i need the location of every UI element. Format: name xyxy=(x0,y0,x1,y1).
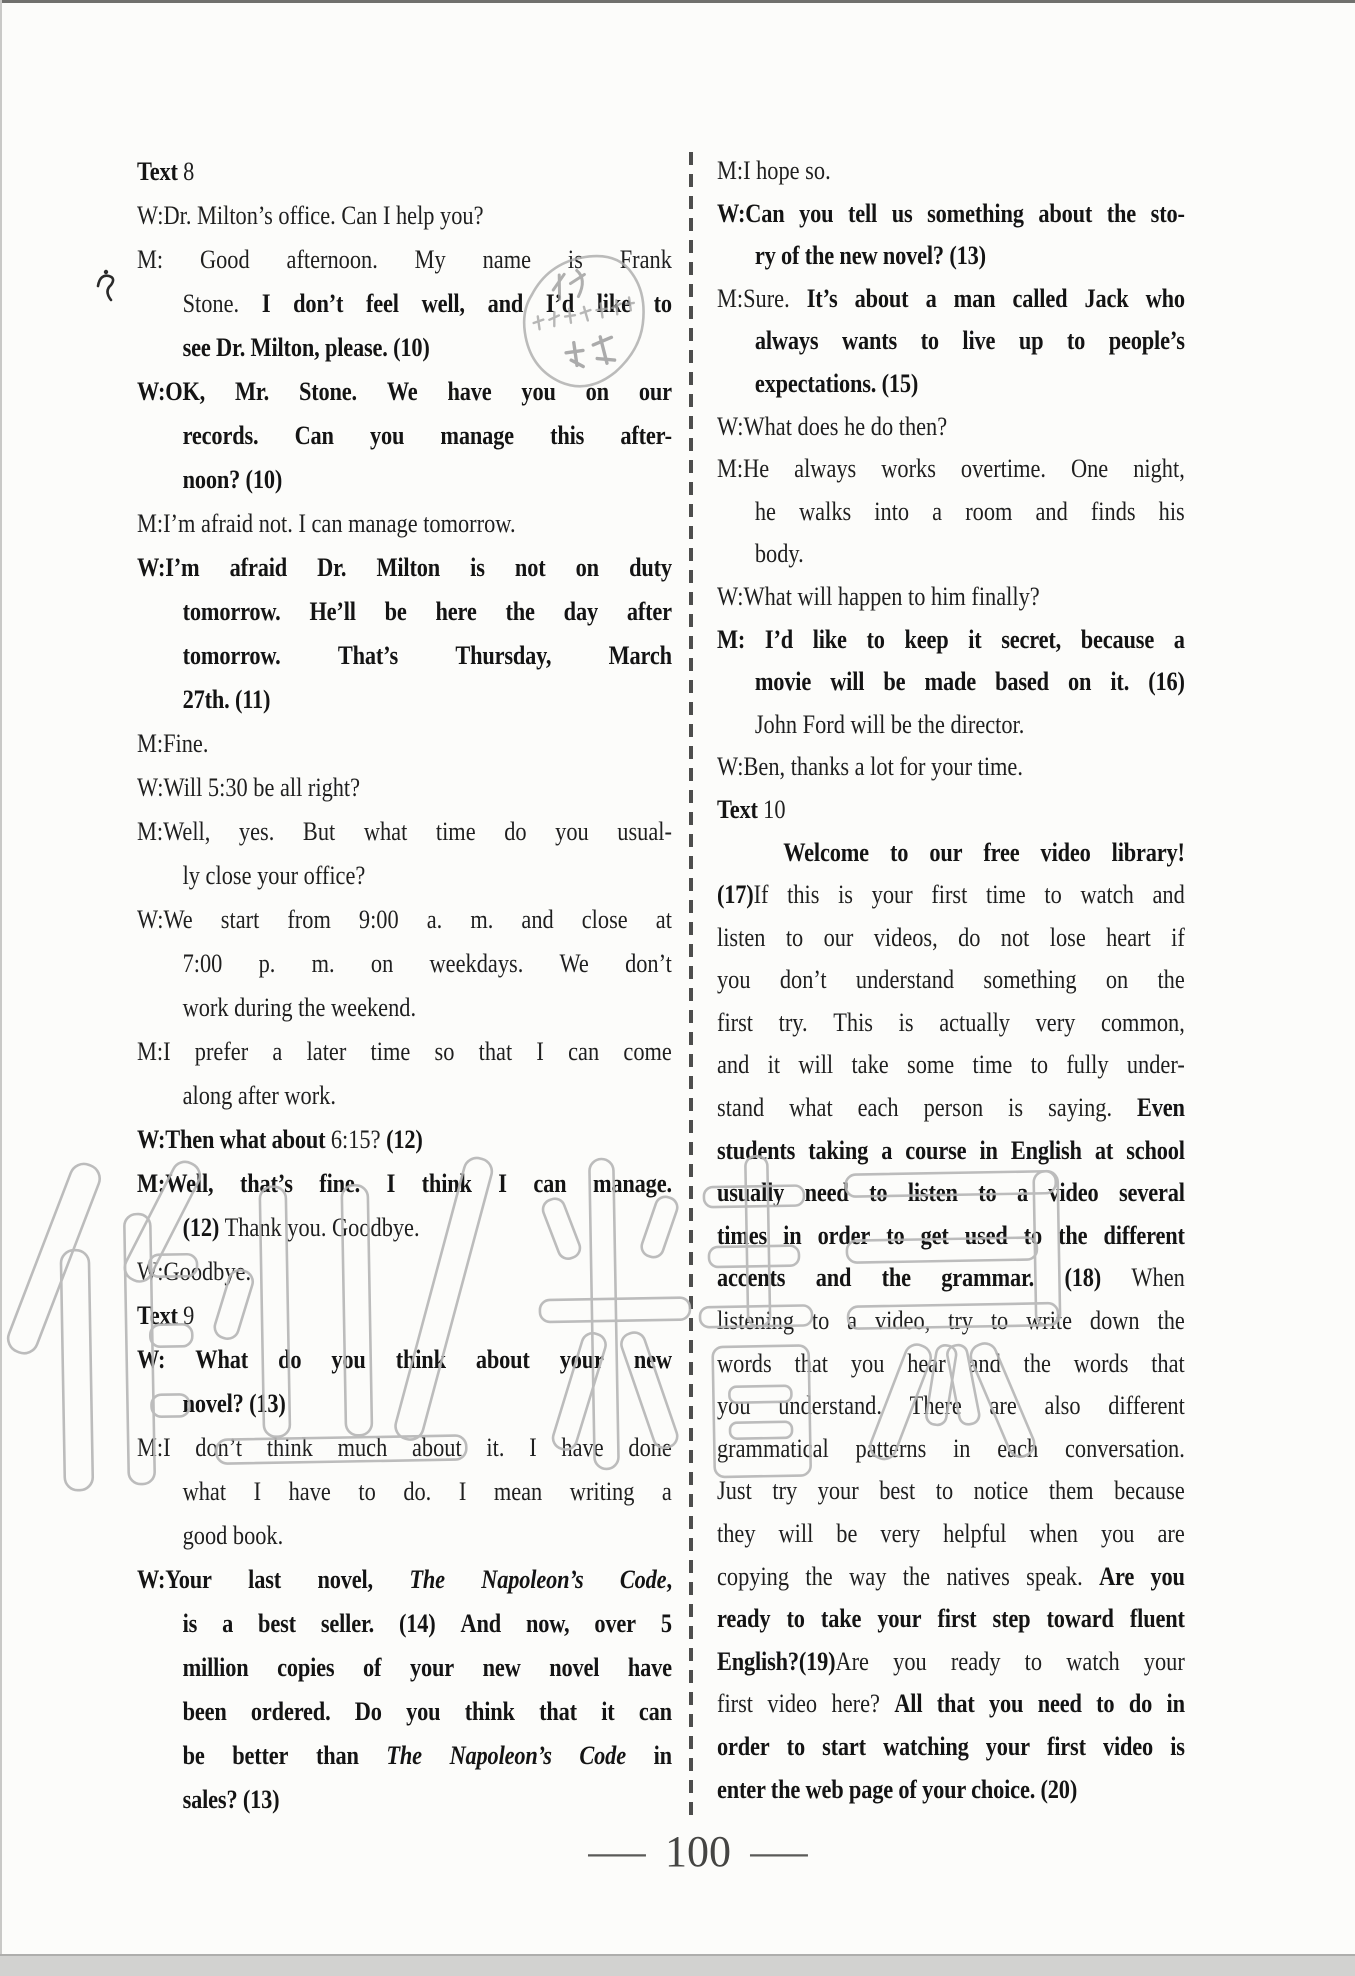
transcript-line: hewalksintoaroomandfindshis xyxy=(717,491,1185,534)
transcript-line: M:I hope so. xyxy=(717,150,1185,193)
transcript-line: (17)Ifthisisyourfirsttimetowatchand xyxy=(717,874,1185,917)
transcript-line: whatIhavetodo.Imeanwritinga xyxy=(137,1470,672,1514)
transcript-line: (12) Thank you. Goodbye. xyxy=(137,1206,672,1250)
transcript-line: listentoourvideos,donotloseheartif xyxy=(717,917,1185,960)
transcript-line: M:IpreferalatertimesothatIcancome xyxy=(137,1030,672,1074)
transcript-line: M:Fine. xyxy=(137,722,672,766)
transcript-line: M:I’m afraid not. I can manage tomorrow. xyxy=(137,502,672,546)
transcript-line: W:Ben, thanks a lot for your time. xyxy=(717,746,1185,789)
page-left-edge xyxy=(0,0,2,1976)
transcript-line: English?(19)Areyoureadytowatchyour xyxy=(717,1641,1185,1684)
transcript-line: John Ford will be the director. xyxy=(717,704,1185,747)
transcript-line: W:What will happen to him finally? xyxy=(717,576,1185,619)
transcript-line: bebetterthanTheNapoleon’sCodein xyxy=(137,1734,672,1778)
transcript-line: accentsandthegrammar.(18)When xyxy=(717,1257,1185,1300)
transcript-line: listeningtoavideo,trytowritedownthe xyxy=(717,1300,1185,1343)
transcript-line: along after work. xyxy=(137,1074,672,1118)
transcript-line: youunderstand.Therearealsodifferent xyxy=(717,1385,1185,1428)
transcript-line: W:OK,Mr.Stone.Wehaveyouonour xyxy=(137,370,672,414)
page-number: 100 xyxy=(665,1827,731,1876)
transcript-line: W:Whatdoyouthinkaboutyournew xyxy=(137,1338,672,1382)
transcript-line: tomorrow.That’sThursday,March xyxy=(137,634,672,678)
transcript-line: see Dr. Milton, please. (10) xyxy=(137,326,672,370)
transcript-line: M:Idon’tthinkmuchaboutit.Ihavedone xyxy=(137,1426,672,1470)
transcript-line: timesinordertogetusedtothedifferent xyxy=(717,1215,1185,1258)
transcript-line: body. xyxy=(717,533,1185,576)
transcript-line: W:Dr. Milton’s office. Can I help you? xyxy=(137,194,672,238)
transcript-line: firsttry.Thisisactuallyverycommon, xyxy=(717,1002,1185,1045)
transcript-line: ordertostartwatchingyourfirstvideois xyxy=(717,1726,1185,1769)
transcript-line: W:Canyoutellussomethingaboutthesto- xyxy=(717,193,1185,236)
transcript-line: W:Will 5:30 be all right? xyxy=(137,766,672,810)
transcript-line: anditwilltakesometimetofullyunder- xyxy=(717,1044,1185,1087)
transcript-line: moviewillbemadebasedonit.(16) xyxy=(717,661,1185,704)
transcript-line: W:Westartfrom9:00a.m.andcloseat xyxy=(137,898,672,942)
transcript-line: standwhateachpersonissaying.Even xyxy=(717,1087,1185,1130)
transcript-line: good book. xyxy=(137,1514,672,1558)
footer-dash-left: — xyxy=(588,1826,645,1877)
left-column: Text 8W:Dr. Milton’s office. Can I help … xyxy=(137,150,672,1822)
transcript-line: Text 9 xyxy=(137,1294,672,1338)
transcript-line: millioncopiesofyournewnovelhave xyxy=(137,1646,672,1690)
transcript-line: W:Then what about 6:15? (12) xyxy=(137,1118,672,1162)
transcript-line: sales? (13) xyxy=(137,1778,672,1822)
scanned-textbook-page: { "page": {"width": 1355, "height": 1976… xyxy=(0,0,1355,1976)
transcript-line: firstvideohere?Allthatyouneedtodoin xyxy=(717,1683,1185,1726)
transcript-line: copyingthewaythenativesspeak.Areyou xyxy=(717,1556,1185,1599)
transcript-line: novel? (13) xyxy=(137,1382,672,1426)
transcript-line: W:What does he do then? xyxy=(717,406,1185,449)
transcript-line: records.Canyoumanagethisafter- xyxy=(137,414,672,458)
transcript-line: beenordered.Doyouthinkthatitcan xyxy=(137,1690,672,1734)
page-bottom-band xyxy=(0,1954,1355,1976)
transcript-line: M:Well,yes.Butwhattimedoyouusual- xyxy=(137,810,672,854)
ink-mark xyxy=(92,268,118,308)
footer-dash-right: — xyxy=(750,1826,807,1877)
transcript-line: Text 10 xyxy=(717,789,1185,832)
transcript-line: Justtryyourbesttonoticethembecause xyxy=(717,1470,1185,1513)
transcript-line: wordsthatyouhearandthewordsthat xyxy=(717,1343,1185,1386)
transcript-line: usuallyneedtolistentoavideoseveral xyxy=(717,1172,1185,1215)
transcript-line: Text 8 xyxy=(137,150,672,194)
transcript-line: studentstakingacourseinEnglishatschool xyxy=(717,1130,1185,1173)
transcript-line: theywillbeveryhelpfulwhenyouare xyxy=(717,1513,1185,1556)
transcript-line: M:Sure.It’saboutamancalledJackwho xyxy=(717,278,1185,321)
transcript-line: expectations. (15) xyxy=(717,363,1185,406)
transcript-line: Stone.Idon’tfeelwell,andI’dliketo xyxy=(137,282,672,326)
page-footer: —100— xyxy=(569,1826,827,1877)
page-top-edge xyxy=(0,0,1355,3)
transcript-line: grammaticalpatternsineachconversation. xyxy=(717,1428,1185,1471)
transcript-line: noon? (10) xyxy=(137,458,672,502)
transcript-line: M:Well,that’sfine.IthinkIcanmanage. xyxy=(137,1162,672,1206)
transcript-line: tomorrow.He’llbeherethedayafter xyxy=(137,590,672,634)
right-column: M:I hope so.W:Canyoutellussomethingabout… xyxy=(717,150,1185,1811)
transcript-line: Welcometoourfreevideolibrary! xyxy=(717,832,1185,875)
transcript-line: enter the web page of your choice. (20) xyxy=(717,1769,1185,1812)
transcript-line: W:Yourlastnovel,TheNapoleon’sCode, xyxy=(137,1558,672,1602)
transcript-line: M:Healwaysworksovertime.Onenight, xyxy=(717,448,1185,491)
transcript-line: isabestseller.(14)Andnow,over5 xyxy=(137,1602,672,1646)
transcript-line: ly close your office? xyxy=(137,854,672,898)
transcript-line: M:I’dliketokeepitsecret,becausea xyxy=(717,619,1185,662)
transcript-line: work during the weekend. xyxy=(137,986,672,1030)
transcript-line: youdon’tunderstandsomethingonthe xyxy=(717,959,1185,1002)
transcript-line: W:I’mafraidDr.Miltonisnotonduty xyxy=(137,546,672,590)
column-divider-dashed-line xyxy=(689,152,693,1824)
transcript-line: M:Goodafternoon.MynameisFrank xyxy=(137,238,672,282)
transcript-line: ry of the new novel? (13) xyxy=(717,235,1185,278)
transcript-line: 27th. (11) xyxy=(137,678,672,722)
transcript-line: alwayswantstoliveuptopeople’s xyxy=(717,320,1185,363)
transcript-line: readytotakeyourfirststeptowardfluent xyxy=(717,1598,1185,1641)
transcript-line: 7:00p.m.onweekdays.Wedon’t xyxy=(137,942,672,986)
transcript-line: W:Goodbye. xyxy=(137,1250,672,1294)
